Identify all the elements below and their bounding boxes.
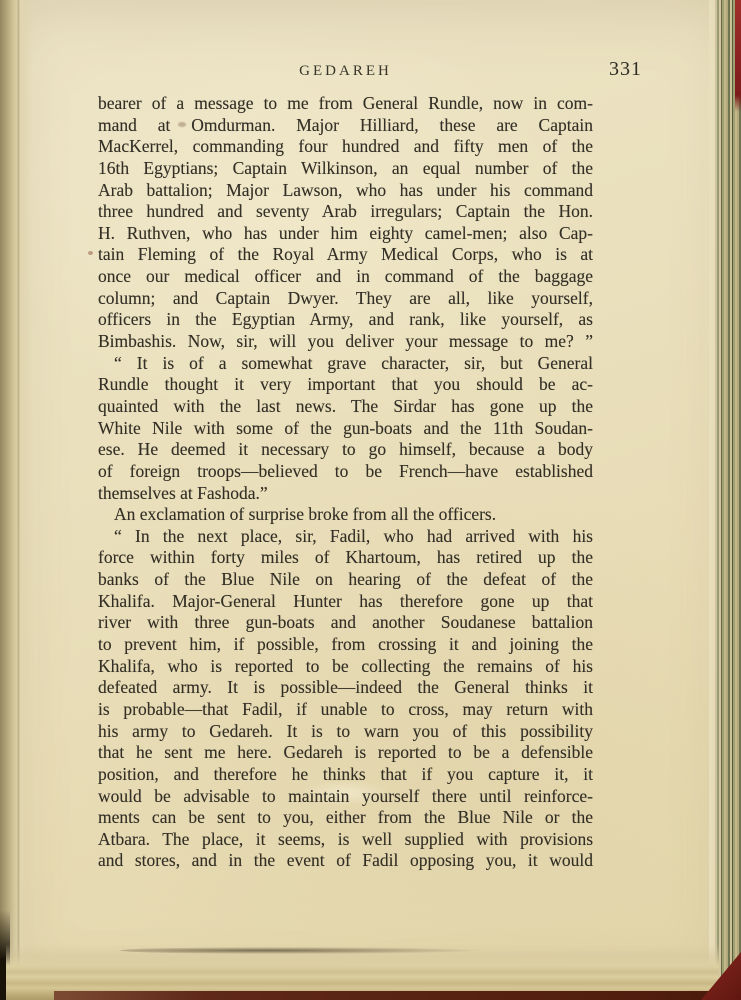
text-line: that he sent me here. Gedareh is reporte… xyxy=(98,742,593,764)
text-line: ese. He deemed it necessary to go himsel… xyxy=(98,439,593,461)
running-title: GEDAREH xyxy=(98,63,593,80)
gutter-crease xyxy=(17,0,20,1000)
text-line: his army to Gedareh. It is to warn you o… xyxy=(98,721,593,743)
text-line: of foreign troops—believed to be French—… xyxy=(98,461,593,483)
text-line: Khalifa. Major-General Hunter has theref… xyxy=(98,591,593,613)
text-line: quainted with the last news. The Sirdar … xyxy=(98,396,593,418)
paper-speck xyxy=(88,251,93,255)
right-edge-blend xyxy=(709,0,723,1000)
text-line: officers in the Egyptian Army, and rank,… xyxy=(98,309,593,331)
text-line: is probable—that Fadil, if unable to cro… xyxy=(98,699,593,721)
text-line: to prevent him, if possible, from crossi… xyxy=(98,634,593,656)
text-line: “ In the next place, sir, Fadil, who had… xyxy=(98,526,593,548)
text-line: MacKerrel, commanding four hundred and f… xyxy=(98,136,593,158)
text-line: 16th Egyptians; Captain Wilkinson, an eq… xyxy=(98,158,593,180)
text-line: mand at Omdurman. Major Hilliard, these … xyxy=(98,115,593,137)
text-line: defeated army. It is possible—indeed the… xyxy=(98,677,593,699)
book-page-scan: GEDAREH 331 bearer of a message to me fr… xyxy=(0,0,741,1000)
text-line: position, and therefore he thinks that i… xyxy=(98,764,593,786)
text-line: three hundred and seventy Arab irregular… xyxy=(98,201,593,223)
body-text: bearer of a message to me from General R… xyxy=(98,93,593,872)
text-line: Bimbashis. Now, sir, will you deliver yo… xyxy=(98,331,593,353)
text-line: ments can be sent to you, either from th… xyxy=(98,807,593,829)
text-line: would be advisable to maintain yourself … xyxy=(98,786,593,808)
text-line: Atbara. The place, it seems, is well sup… xyxy=(98,829,593,851)
book-cover-top-right xyxy=(735,0,741,112)
text-line: column; and Captain Dwyer. They are all,… xyxy=(98,288,593,310)
text-line: and stores, and in the event of Fadil op… xyxy=(98,850,593,872)
text-line: river with three gun-boats and another S… xyxy=(98,612,593,634)
text-line: banks of the Blue Nile on hearing of the… xyxy=(98,569,593,591)
text-line: Rundle thought it very important that yo… xyxy=(98,374,593,396)
text-line: tain Fleming of the Royal Army Medical C… xyxy=(98,244,593,266)
page-number: 331 xyxy=(609,58,642,81)
text-line: themselves at Fashoda.” xyxy=(98,483,593,505)
bottom-page-shadow xyxy=(120,947,480,954)
text-line: An exclamation of surprise broke from al… xyxy=(98,504,593,526)
text-line: White Nile with some of the gun-boats an… xyxy=(98,418,593,440)
text-line: H. Ruthven, who has under him eighty cam… xyxy=(98,223,593,245)
text-line: Khalifa, who is reported to be collectin… xyxy=(98,656,593,678)
text-line: Arab battalion; Major Lawson, who has un… xyxy=(98,180,593,202)
text-line: bearer of a message to me from General R… xyxy=(98,93,593,115)
text-line: force within forty miles of Khartoum, ha… xyxy=(98,547,593,569)
text-line: once our medical officer and in command … xyxy=(98,266,593,288)
book-cover-bottom xyxy=(54,991,741,1000)
text-line: “ It is of a somewhat grave character, s… xyxy=(98,353,593,375)
